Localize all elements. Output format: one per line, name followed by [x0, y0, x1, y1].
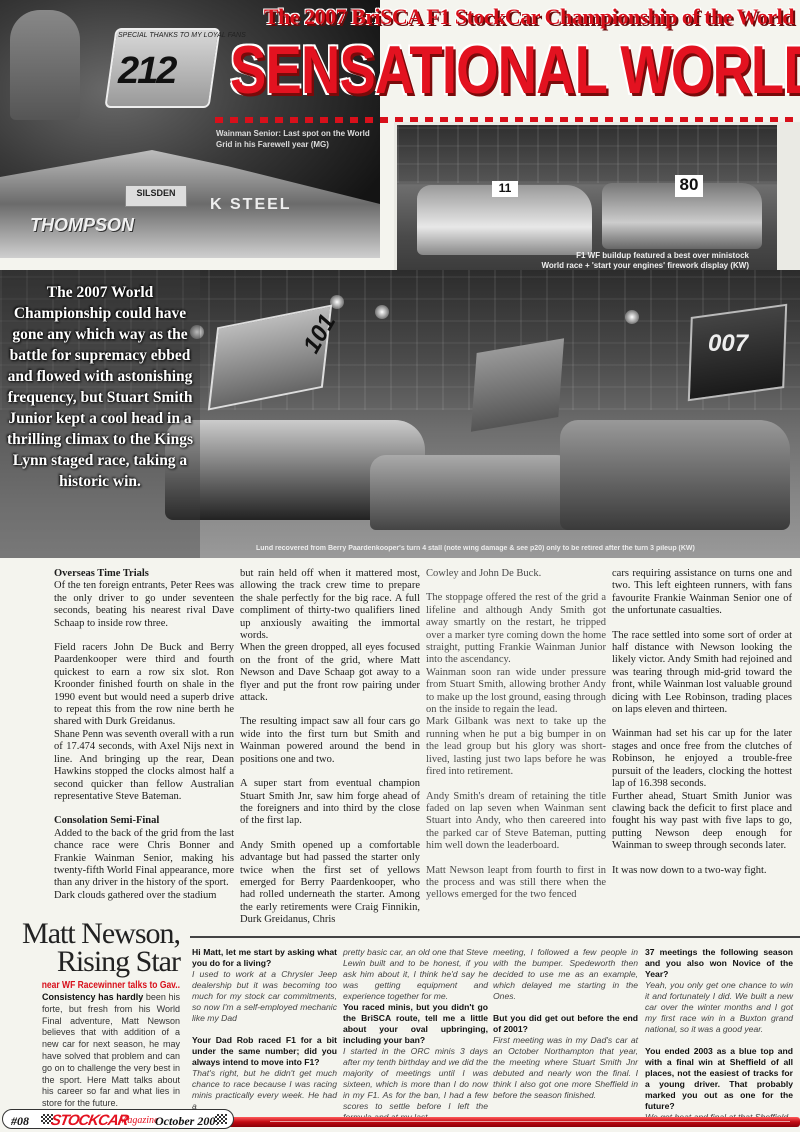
photo-caption-main: Lund recovered from Berry Paardenkooper'… [256, 545, 776, 552]
page-footer: #08 STOCKCAR Magazine October 2007 [0, 1108, 800, 1132]
question: You raced minis, but you didn't go the B… [343, 1002, 488, 1046]
photo-caption-ministock: F1 WF buildup featured a best over minis… [542, 251, 749, 271]
question: 37 meetings the following season and you… [645, 947, 793, 980]
issue-date: October 2007 [155, 1114, 221, 1129]
paragraph: Wainman had set his car up for the later… [612, 728, 792, 790]
car-body [0, 150, 380, 258]
paragraph: Shane Penn was seventh overall with a ru… [54, 729, 234, 803]
interview-column-2: pretty basic car, an old one that Steve … [343, 947, 488, 1123]
paragraph: Andy Smith's dream of retaining the titl… [426, 791, 606, 853]
footer-badge: #08 STOCKCAR Magazine October 2007 [2, 1109, 234, 1129]
interview-column-4: 37 meetings the following season and you… [645, 947, 793, 1123]
floodlight-icon [625, 310, 639, 324]
chequered-flag-icon [215, 1114, 227, 1124]
interview-column-1: Hi Matt, let me start by asking what you… [192, 947, 337, 1112]
interview-subtitle: near WF Racewinner talks to Gav.. [36, 980, 181, 991]
title-line: Matt Newson, [10, 920, 180, 948]
sponsor-text: THOMPSON [30, 215, 134, 236]
section-heading: Consolation Semi-Final [54, 815, 234, 827]
intro-text: The 2007 World Championship could have g… [6, 282, 194, 492]
title-line: Rising Star [10, 948, 180, 976]
paragraph: The resulting impact saw all four cars g… [240, 716, 420, 766]
footer-stripe [230, 1117, 800, 1127]
stockcar [370, 455, 580, 530]
paragraph: When the green dropped, all eyes focused… [240, 642, 420, 704]
caption-line: F1 WF buildup featured a best over minis… [542, 251, 749, 261]
paragraph: Wainman soon ran wide under pressure fro… [426, 667, 606, 717]
paragraph: Dark clouds gathered over the stadium [54, 890, 234, 902]
answer-continued: meeting, I followed a few people in with… [493, 947, 638, 1002]
car-wing [471, 338, 564, 432]
article-body: Overseas Time Trials Of the ten foreign … [54, 568, 794, 908]
paragraph: Andy Smith opened up a comfortable advan… [240, 840, 420, 927]
ministock-number: 11 [492, 181, 518, 197]
car-number: 212 [118, 50, 175, 93]
article-column-2: but rain held off when it mattered most,… [240, 568, 420, 939]
answer: Yeah, you only get one chance to win it … [645, 980, 793, 1035]
car-number: 007 [708, 330, 748, 358]
supertitle: The 2007 BriSCA F1 StockCar Championship… [190, 4, 800, 30]
intro-panel: The 2007 World Championship could have g… [0, 270, 200, 558]
article-column-3: Cowley and John De Buck. The stoppage of… [426, 568, 606, 914]
stockcar [560, 420, 790, 530]
paragraph: A super start from eventual champion Stu… [240, 778, 420, 828]
photo-border [0, 558, 800, 560]
paragraph: Field racers John De Buck and Berry Paar… [54, 642, 234, 729]
driver-figure [10, 10, 80, 120]
question: But you did get out before the end of 20… [493, 1013, 638, 1035]
crowd-background [397, 125, 777, 183]
paragraph: but rain held off when it mattered most,… [240, 568, 420, 642]
article-column-1: Overseas Time Trials Of the ten foreign … [54, 568, 234, 914]
floodlight-icon [375, 305, 389, 319]
photo-caption-wainman: Wainman Senior: Last spot on the World G… [216, 128, 376, 150]
sponsor-text-2: K STEEL [210, 196, 292, 214]
paragraph: The stoppage offered the rest of the gri… [426, 592, 606, 666]
answer: I used to work at a Chrysler Jeep dealer… [192, 969, 337, 1024]
answer-continued: pretty basic car, an old one that Steve … [343, 947, 488, 1002]
paragraph: Added to the back of the grid from the l… [54, 828, 234, 890]
interview-title: Matt Newson, Rising Star [10, 920, 180, 976]
paragraph: It was now down to a two-way fight. [612, 865, 792, 877]
lead-text: been his forte, but fresh from his World… [42, 992, 180, 1108]
ministock-number-2: 80 [675, 175, 703, 197]
section-heading: Overseas Time Trials [54, 568, 234, 580]
paragraph: Further ahead, Stuart Smith Junior was c… [612, 791, 792, 853]
magazine-logo-sub: Magazine [119, 1115, 158, 1126]
paragraph: cars requiring assistance on turns one a… [612, 568, 792, 618]
photo-ministock: 11 80 F1 WF buildup featured a best over… [394, 122, 800, 280]
paragraph: Cowley and John De Buck. [426, 568, 606, 580]
floodlight-icon [330, 295, 344, 309]
page-title: SENSATIONAL WORLD! [230, 34, 686, 106]
interview-lead: Consistency has hardly been his forte, b… [42, 992, 180, 1110]
question: Your Dad Rob raced F1 for a bit under th… [192, 1035, 337, 1068]
section-divider [190, 936, 800, 938]
magazine-logo: STOCKCAR [50, 1112, 130, 1129]
lead-emphasis: Consistency has hardly [42, 992, 143, 1002]
answer: First meeting was in my Dad's car at an … [493, 1035, 638, 1101]
paragraph: The race settled into some sort of order… [612, 630, 792, 717]
answer: That's right, but he didn't get much cha… [192, 1068, 337, 1112]
sponsor-sticker: SILSDEN [125, 185, 187, 207]
article-column-4: cars requiring assistance on turns one a… [612, 568, 792, 889]
page-number: #08 [11, 1114, 29, 1129]
wing-slogan: SPECIAL THANKS TO MY LOYAL FANS [118, 32, 246, 39]
paragraph: Of the ten foreign entrants, Peter Rees … [54, 580, 234, 630]
question: You ended 2003 as a blue top and with a … [645, 1046, 793, 1112]
paragraph: Mark Gilbank was next to take up the run… [426, 716, 606, 778]
paragraph: Matt Newson leapt from fourth to first i… [426, 865, 606, 902]
question: Hi Matt, let me start by asking what you… [192, 947, 337, 969]
interview-column-3: meeting, I followed a few people in with… [493, 947, 638, 1101]
